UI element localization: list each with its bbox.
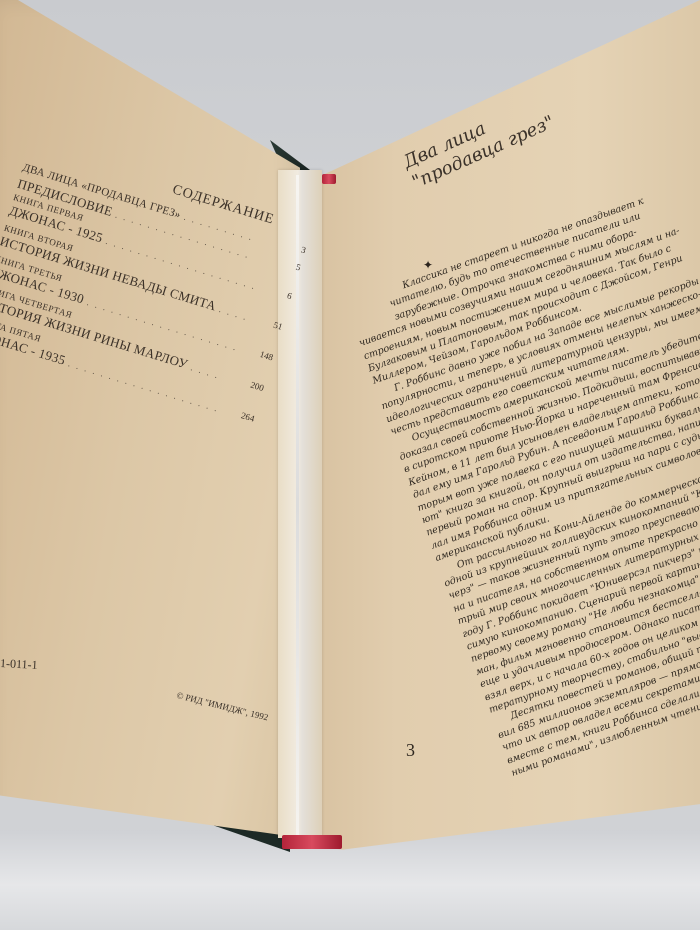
book-photo-scene: СОДЕРЖАНИЕ ДВА ЛИЦА «ПРОДАВЦА ГРЕЗ» . . … xyxy=(0,0,700,930)
left-page xyxy=(0,0,300,860)
spine-glue-line xyxy=(296,175,299,835)
page-number: 3 xyxy=(406,740,415,761)
headband-top xyxy=(322,174,336,184)
book-spine-gutter xyxy=(278,170,322,838)
isbn-fragment: 1-011-1 xyxy=(0,656,38,673)
headband-bottom xyxy=(282,835,342,849)
